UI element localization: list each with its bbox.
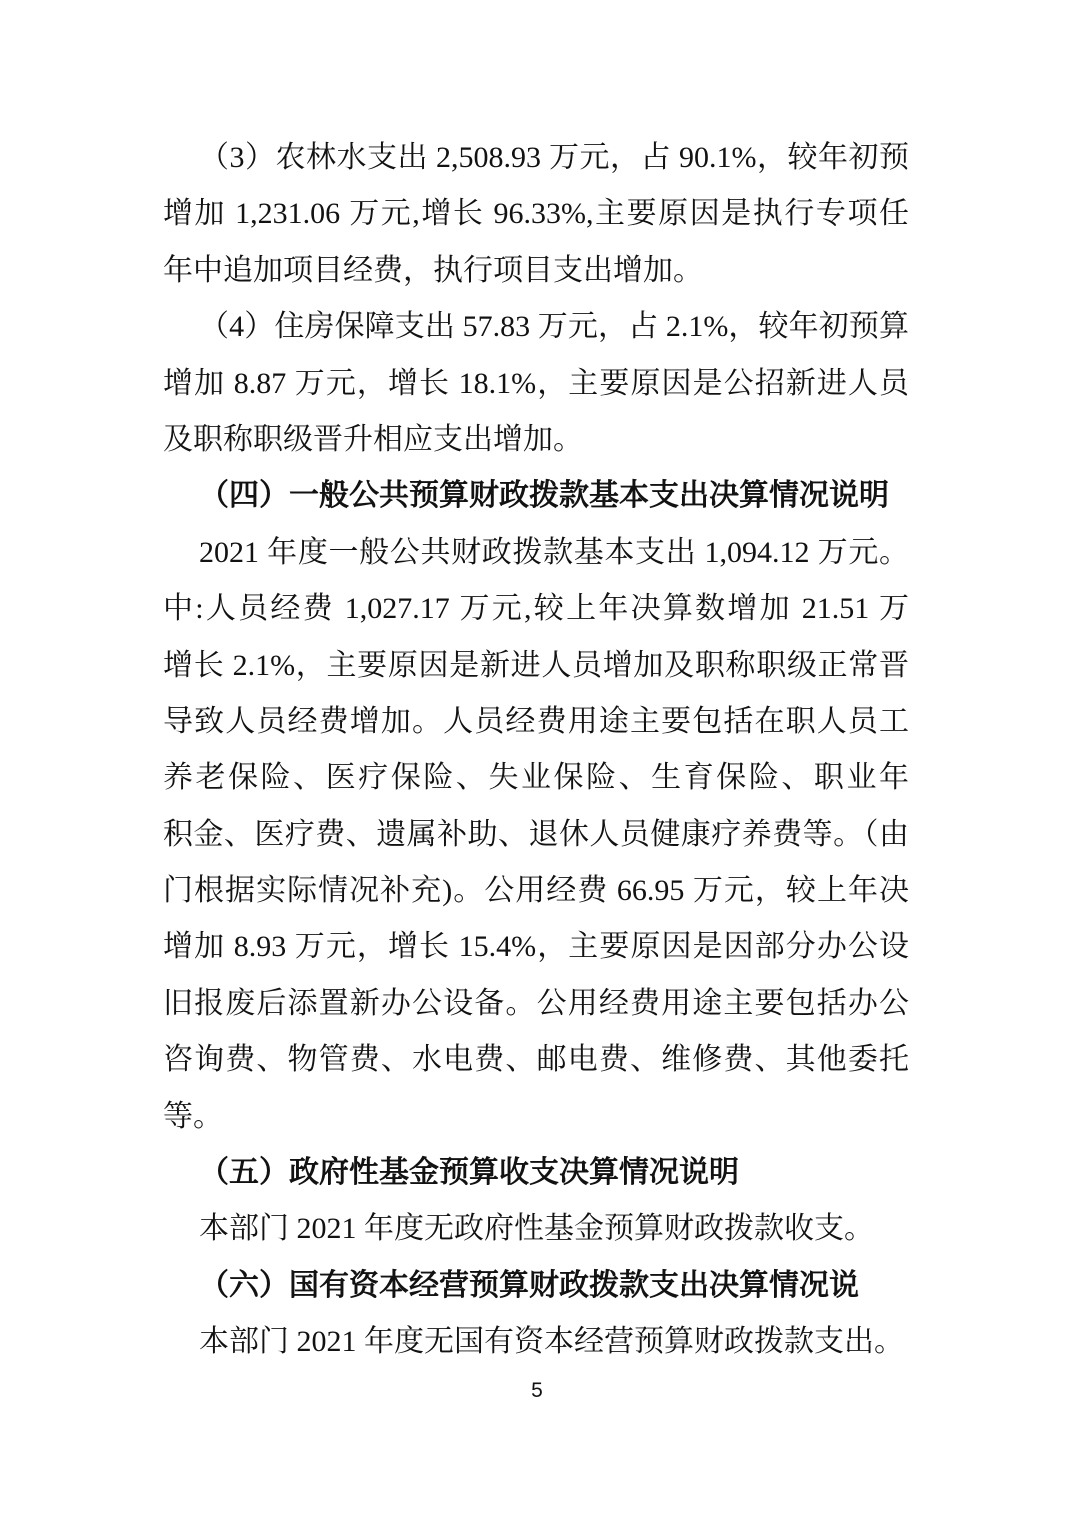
text-line: 养老保险、医疗保险、失业保险、生育保险、职业年金、公 (163, 750, 909, 806)
text-line: （4）住房保障支出 57.83 万元，占 2.1%，较年初预算数 (163, 299, 909, 355)
text-line: 增加 8.87 万元，增长 18.1%，主要原因是公招新进人员增加 (163, 356, 909, 412)
text-line: 及职称职级晋升相应支出增加。 (163, 412, 909, 468)
text-line: （3）农林水支出 2,508.93 万元，占 90.1%，较年初预算数 (163, 130, 909, 186)
section-heading: （五）政府性基金预算收支决算情况说明 (163, 1145, 909, 1201)
text-line: 本部门 2021 年度无国有资本经营预算财政拨款支出。 (163, 1314, 909, 1370)
text-line: 门根据实际情况补充)。公用经费 66.95 万元，较上年决算数 (163, 863, 909, 919)
section-heading: （六）国有资本经营预算财政拨款支出决算情况说明。 (163, 1258, 909, 1314)
text-line: 年中追加项目经费，执行项目支出增加。 (163, 243, 909, 299)
text-line: 2021 年度一般公共财政拨款基本支出 1,094.12 万元。其 (163, 525, 909, 581)
text-line: 积金、医疗费、遗属补助、退休人员健康疗养费等。（由部 (163, 807, 909, 863)
text-line: 咨询费、物管费、水电费、邮电费、维修费、其他委托业务 (163, 1032, 909, 1088)
text-line: 增加 8.93 万元，增长 15.4%，主要原因是因部分办公设备陈 (163, 919, 909, 975)
section-heading: （四）一般公共预算财政拨款基本支出决算情况说明 (163, 468, 909, 524)
document-body: （3）农林水支出 2,508.93 万元，占 90.1%，较年初预算数增加 1,… (163, 130, 909, 1371)
text-line: 中:人员经费 1,027.17 万元,较上年决算数增加 21.51 万元， (163, 581, 909, 637)
page-number: 5 (0, 1378, 1074, 1404)
text-line: 增长 2.1%，主要原因是新进人员增加及职称职级正常晋升等 (163, 638, 909, 694)
text-line: 导致人员经费增加。人员经费用途主要包括在职人员工资、 (163, 694, 909, 750)
document-page: （3）农林水支出 2,508.93 万元，占 90.1%，较年初预算数增加 1,… (0, 0, 1074, 1520)
text-line: 本部门 2021 年度无政府性基金预算财政拨款收支。 (163, 1201, 909, 1257)
text-line: 增加 1,231.06 万元,增长 96.33%,主要原因是执行专项任务， (163, 186, 909, 242)
text-line: 旧报废后添置新办公设备。公用经费用途主要包括办公费、 (163, 976, 909, 1032)
text-line: 等。 (163, 1089, 909, 1145)
